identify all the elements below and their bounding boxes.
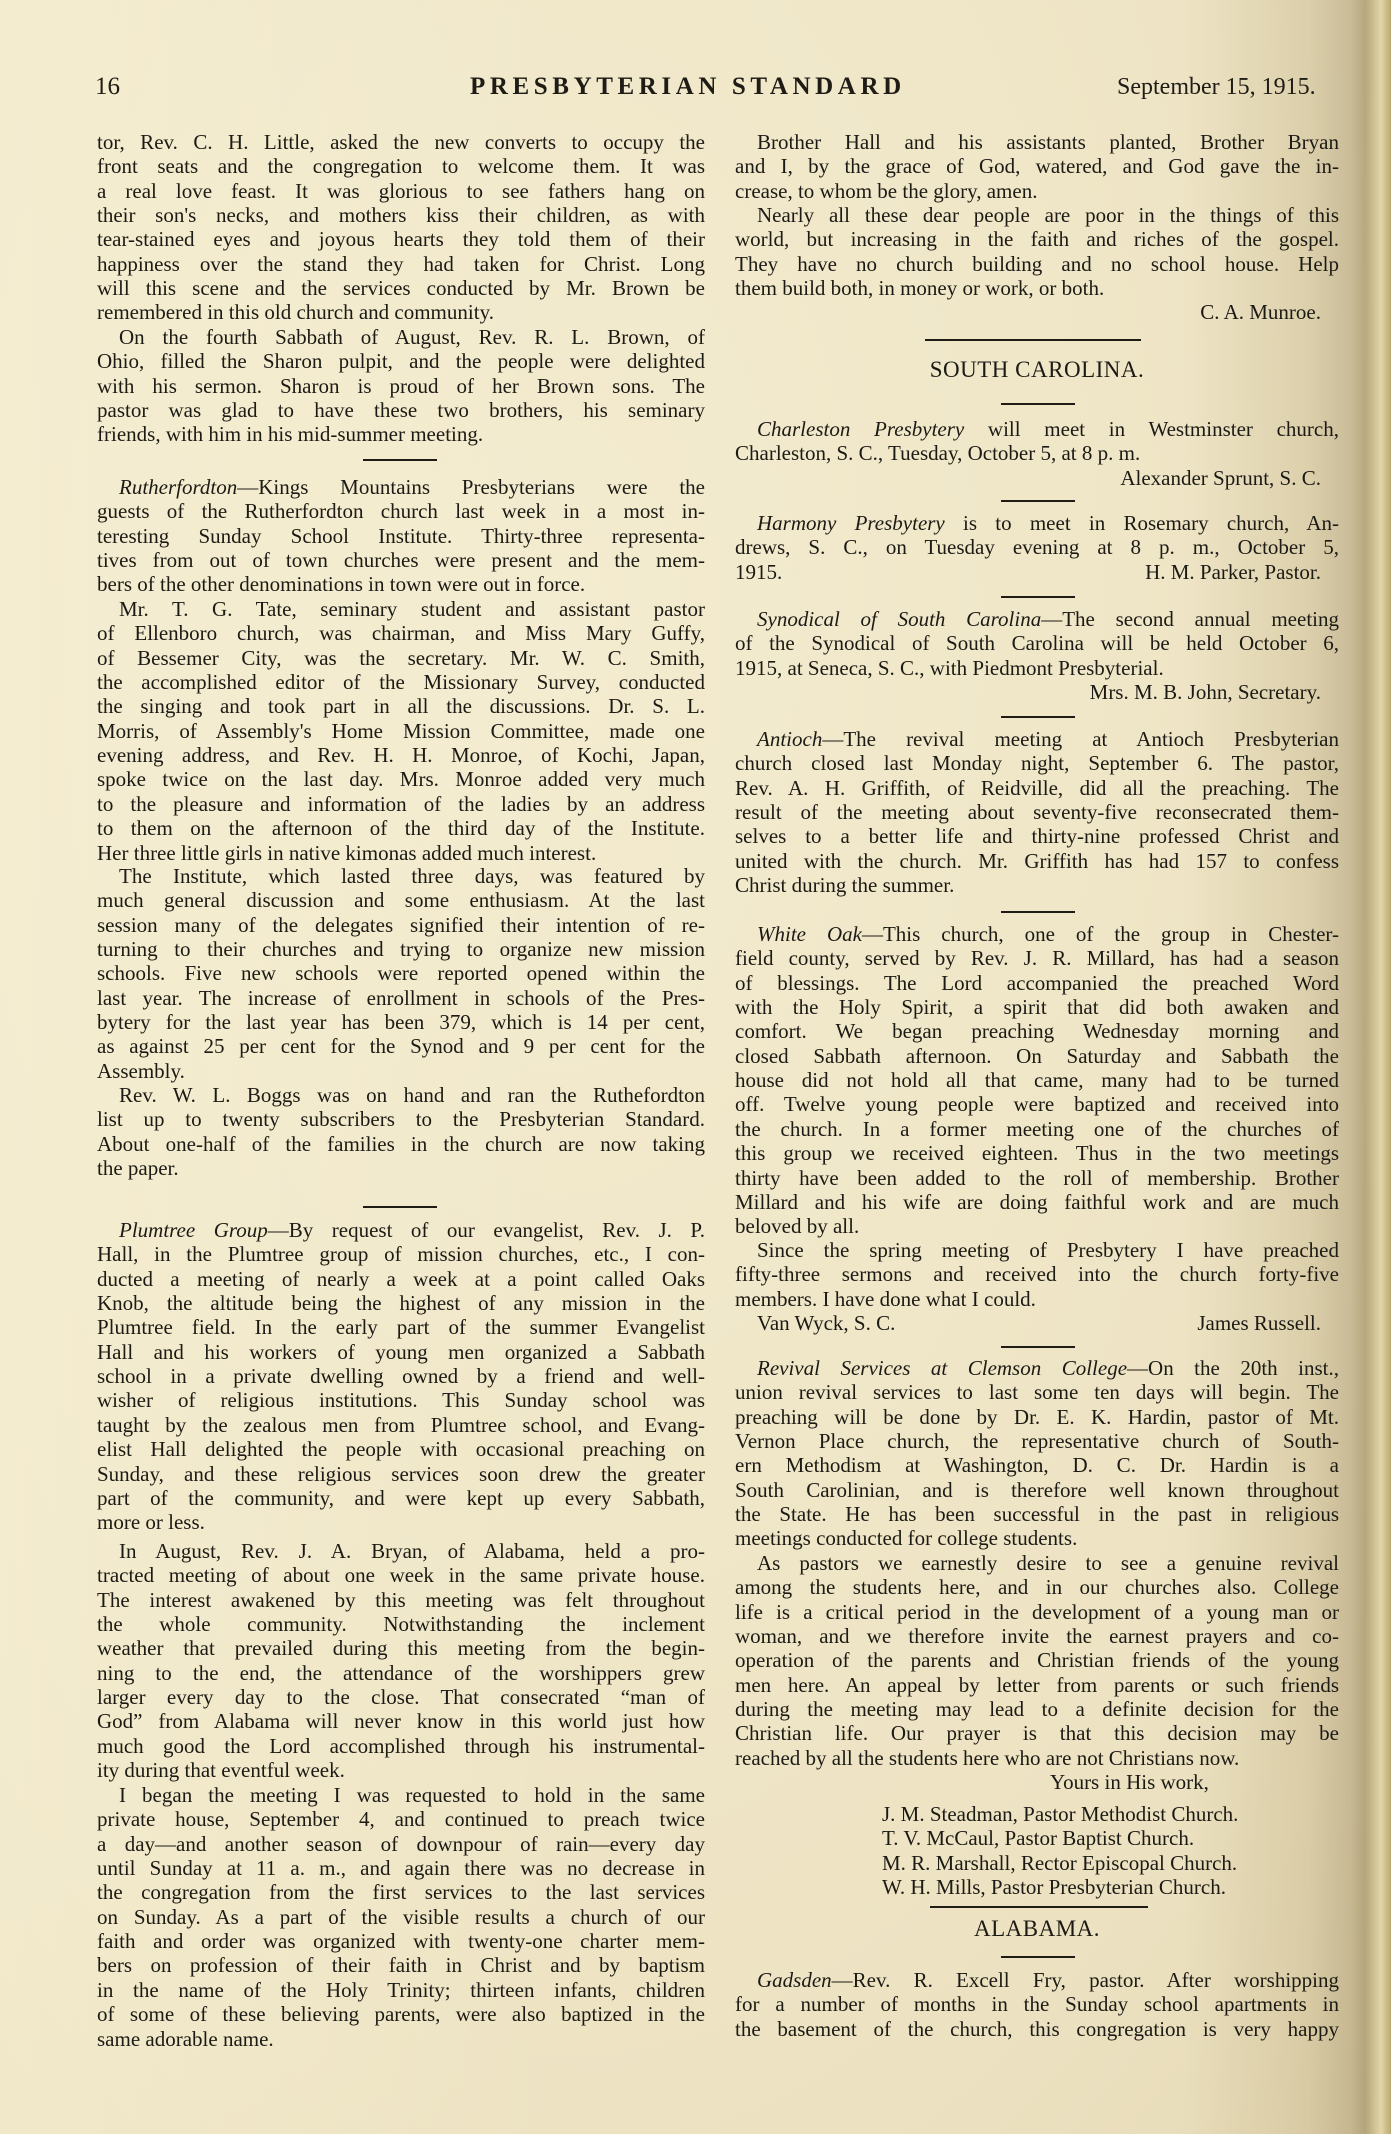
article-lead: Antioch [757,727,822,751]
text-line: God” from Alabama will never know in thi… [97,1709,705,1733]
text-line: Plumtree Group—By request of our evangel… [97,1218,705,1242]
text-line: their son's necks, and mothers kiss thei… [97,203,705,227]
line-text: the church. In a former meeting one of t… [735,1117,1339,1141]
text-line: happiness over the stand they had taken … [97,252,705,276]
line-text: —The second annual meeting [1041,607,1339,631]
text-line: church closed last Monday night, Septemb… [735,751,1339,775]
text-line: On the fourth Sabbath of August, Rev. R.… [97,325,705,349]
text-line: Knob, the altitude being the highest of … [97,1291,705,1315]
text-line: closed Sabbath afternoon. On Saturday an… [735,1044,1339,1068]
text-line: taught by the zealous men from Plumtree … [97,1413,705,1437]
line-text: teresting Sunday School Institute. Thirt… [97,524,705,548]
line-text: —By request of our evangelist, Rev. J. P… [268,1218,705,1242]
line-text: with the Holy Spirit, a spirit that did … [735,995,1339,1019]
line-text: with his sermon. Sharon is proud of her … [97,374,705,398]
text-line: with his sermon. Sharon is proud of her … [97,374,705,398]
line-text: The interest awakened by this meeting wa… [97,1588,705,1612]
line-text: front seats and the congregation to welc… [97,154,705,178]
line-text: pastor was glad to have these two brothe… [97,398,705,422]
text-line: of Ellenboro church, was chairman, and M… [97,621,705,645]
text-line: larger every day to the close. That cons… [97,1685,705,1709]
line-text: united with the church. Mr. Griffith has… [735,849,1339,873]
text-line: Plumtree field. In the early part of the… [97,1315,705,1339]
line-text: same adorable name. [97,2027,274,2051]
line-text: the congregation from the first services… [97,1880,705,1904]
line-text: ning to the end, the attendance of the w… [97,1661,705,1685]
line-text: Brother Hall and his assistants planted,… [757,130,1339,154]
line-text: In August, Rev. J. A. Bryan, of Alabama,… [119,1539,705,1563]
line-text: more or less. [97,1510,205,1534]
line-text: ity during that eventful week. [97,1758,345,1782]
text-line: will this scene and the services conduct… [97,276,705,300]
text-line: Ohio, filled the Sharon pulpit, and the … [97,349,705,373]
text-line: to them on the afternoon of the third da… [97,816,705,840]
text-line: Van Wyck, S. C.James Russell. [735,1311,1339,1335]
text-line: men here. An appeal by letter from paren… [735,1673,1339,1697]
line-text: Christian life. Our prayer is that this … [735,1721,1339,1745]
section-heading: ALABAMA. [735,1917,1339,1941]
line-text: selves to a better life and thirty-nine … [735,824,1339,848]
text-line: the church. In a former meeting one of t… [735,1117,1339,1141]
line-text: tor, Rev. C. H. Little, asked the new co… [97,130,705,154]
text-line: tives from out of town churches were pre… [97,548,705,572]
line-text: the whole community. Notwithstanding the… [97,1612,705,1636]
text-line: off. Twelve young people were baptized a… [735,1092,1339,1116]
signature-line: Yours in His work, [735,1770,1339,1794]
line-text: Hall, in the Plumtree group of mission c… [97,1242,705,1266]
line-text: is to meet in Rosemary church, An- [945,511,1339,535]
article-lead: Gadsden [757,1968,832,1992]
line-text: house did not hold all that came, many h… [735,1068,1339,1092]
signature-line: Alexander Sprunt, S. C. [735,466,1339,490]
line-text: comfort. We began preaching Wednesday mo… [735,1019,1339,1043]
text-line: Hall, in the Plumtree group of mission c… [97,1242,705,1266]
text-line: As pastors we earnestly desire to see a … [735,1551,1339,1575]
text-line: meetings conducted for college students. [735,1526,1339,1550]
line-text: Rev. A. H. Griffith, of Reidville, did a… [735,776,1339,800]
line-text: turning to their churches and trying to … [97,937,705,961]
text-line: Sunday, and these religious services soo… [97,1462,705,1486]
text-line: 1915, at Seneca, S. C., with Piedmont Pr… [735,656,1339,680]
text-line: wisher of religious institutions. This S… [97,1388,705,1412]
separator-rule [1001,403,1075,405]
text-line: as against 25 per cent for the Synod and… [97,1034,705,1058]
line-text: meetings conducted for college students. [735,1526,1077,1550]
line-text: will this scene and the services conduct… [97,276,705,300]
separator-rule [1001,1346,1075,1348]
line-text: men here. An appeal by letter from paren… [735,1673,1339,1697]
text-line: members. I have done what I could. [735,1287,1339,1311]
text-line: preaching will be done by Dr. E. K. Hard… [735,1405,1339,1429]
text-line: thirty have been added to the roll of me… [735,1166,1339,1190]
text-line: same adorable name. [97,2027,705,2051]
text-line: evening address, and Rev. H. H. Monroe, … [97,743,705,767]
line-text: ern Methodism at Washington, D. C. Dr. H… [735,1453,1339,1477]
line-text: —Rev. R. Excell Fry, pastor. After worsh… [832,1968,1339,1992]
line-text: Ohio, filled the Sharon pulpit, and the … [97,349,705,373]
text-line: a real love feast. It was glorious to se… [97,179,705,203]
signature: James Russell. [1197,1311,1321,1335]
separator-rule [1001,596,1075,598]
line-text: session many of the delegates signified … [97,913,705,937]
text-line: Vernon Place church, the representative … [735,1429,1339,1453]
text-line: Her three little girls in native kimonas… [97,841,705,865]
line-text: weather that prevailed during this meeti… [97,1636,705,1660]
line-text: elist Hall delighted the people with occ… [97,1437,705,1461]
line-text: friends, with him in his mid-summer meet… [97,422,483,446]
text-line: much general discussion and some enthusi… [97,888,705,912]
line-text: this group we received eighteen. Thus in… [735,1141,1339,1165]
line-text: faith and order was organized with twent… [97,1929,705,1953]
line-text: Her three little girls in native kimonas… [97,841,596,865]
line-text: 1915, at Seneca, S. C., with Piedmont Pr… [735,656,1164,680]
text-line: the paper. [97,1156,705,1180]
text-line: part of the community, and were kept up … [97,1486,705,1510]
text-line: and I, by the grace of God, watered, and… [735,154,1339,178]
text-line: Rev. A. H. Griffith, of Reidville, did a… [735,776,1339,800]
line-text: Assembly. [97,1059,185,1083]
text-line: Millard and his wife are doing faithful … [735,1190,1339,1214]
text-line: united with the church. Mr. Griffith has… [735,849,1339,873]
line-text: —This church, one of the group in Cheste… [862,922,1339,946]
line-text: drews, S. C., on Tuesday evening at 8 p.… [735,535,1339,559]
line-text: school in a private dwelling owned by a … [97,1364,705,1388]
text-line: weather that prevailed during this meeti… [97,1636,705,1660]
line-text: happiness over the stand they had taken … [97,252,705,276]
line-text: during the meeting may lead to a definit… [735,1697,1339,1721]
text-line: the singing and took part in all the dis… [97,694,705,718]
line-text: result of the meeting about seventy-five… [735,800,1339,824]
line-text: them build both, in money or work, or bo… [735,276,1104,300]
line-text: off. Twelve young people were baptized a… [735,1092,1339,1116]
text-line: The Institute, which lasted three days, … [97,864,705,888]
article-lead: White Oak [757,922,862,946]
text-line: among the students here, and in our chur… [735,1575,1339,1599]
line-text: —The revival meeting at Antioch Presbyte… [822,727,1339,751]
text-line: ning to the end, the attendance of the w… [97,1661,705,1685]
line-text: Mr. T. G. Tate, seminary student and ass… [119,597,705,621]
book-binding-shadow [1351,0,1391,2134]
text-line: White Oak—This church, one of the group … [735,922,1339,946]
line-text: I began the meeting I was requested to h… [119,1783,705,1807]
line-text: will meet in Westminster church, [964,417,1339,441]
line-text: church closed last Monday night, Septemb… [735,751,1339,775]
line-text: as against 25 per cent for the Synod and… [97,1034,705,1058]
text-line: schools. Five new schools were reported … [97,961,705,985]
signature: H. M. Parker, Pastor. [1145,560,1321,584]
text-line: Nearly all these dear people are poor in… [735,203,1339,227]
text-line: Synodical of South Carolina—The second a… [735,607,1339,631]
line-text: operation of the parents and Christian f… [735,1648,1339,1672]
line-text: As pastors we earnestly desire to see a … [757,1551,1339,1575]
line-text: closed Sabbath afternoon. On Saturday an… [735,1044,1339,1068]
text-line: much good the Lord accomplished through … [97,1734,705,1758]
text-line: of blessings. The Lord accompanied the p… [735,971,1339,995]
article-lead: Rutherfordton [119,475,237,499]
text-line: Charleston, S. C., Tuesday, October 5, a… [735,441,1339,465]
text-line: tracted meeting of about one week in the… [97,1563,705,1587]
line-text: 1915. [735,560,782,584]
separator-rule [930,1906,1148,1908]
line-text: Morris, of Assembly's Home Mission Commi… [97,719,705,743]
text-line: Mr. T. G. Tate, seminary student and ass… [97,597,705,621]
text-line: fifty-three sermons and received into th… [735,1262,1339,1286]
line-text: among the students here, and in our chur… [735,1575,1339,1599]
separator-rule [1001,716,1075,718]
line-text: God” from Alabama will never know in thi… [97,1709,705,1733]
separator-rule [363,459,437,461]
line-text: of blessings. The Lord accompanied the p… [735,971,1339,995]
article-lead: Synodical of South Carolina [757,607,1041,631]
line-text: Charleston, S. C., Tuesday, October 5, a… [735,441,1140,465]
text-line: pastor was glad to have these two brothe… [97,398,705,422]
text-line: Hall and his workers of young men organi… [97,1340,705,1364]
text-line: Christ during the summer. [735,873,1339,897]
text-line: Christian life. Our prayer is that this … [735,1721,1339,1745]
line-text: Sunday, and these religious services soo… [97,1462,705,1486]
line-text: part of the community, and were kept up … [97,1486,705,1510]
line-text: the basement of the church, this congreg… [735,2017,1339,2041]
line-text: bytery for the last year has been 379, w… [97,1010,705,1034]
text-line: of the Synodical of South Carolina will … [735,631,1339,655]
article-lead: Plumtree Group [119,1218,268,1242]
line-text: larger every day to the close. That cons… [97,1685,705,1709]
line-text: Millard and his wife are doing faithful … [735,1190,1339,1214]
text-line: world, but increasing in the faith and r… [735,227,1339,251]
text-line: them build both, in money or work, or bo… [735,276,1339,300]
line-text: About one-half of the families in the ch… [97,1132,705,1156]
text-line: Rev. W. L. Boggs was on hand and ran the… [97,1083,705,1107]
line-text: list up to twenty subscribers to the Pre… [97,1107,705,1131]
text-line: a day—and another season of downpour of … [97,1832,705,1856]
line-text: last year. The increase of enrollment in… [97,986,705,1010]
text-line: school in a private dwelling owned by a … [97,1364,705,1388]
line-text: —On the 20th inst., [1127,1356,1339,1380]
line-text: reached by all the students here who are… [735,1746,1239,1770]
line-text: Alexander Sprunt, S. C. [1120,466,1321,490]
issue-date: September 15, 1915. [1117,72,1316,102]
line-text: ducted a meeting of nearly a week at a p… [97,1267,705,1291]
text-line: the basement of the church, this congreg… [735,2017,1339,2041]
text-line: private house, September 4, and continue… [97,1807,705,1831]
text-line: selves to a better life and thirty-nine … [735,824,1339,848]
article-lead: Charleston Presbytery [757,417,964,441]
line-text: Nearly all these dear people are poor in… [757,203,1339,227]
line-text: union revival services to last some ten … [735,1380,1339,1404]
text-line: teresting Sunday School Institute. Thirt… [97,524,705,548]
line-text: a real love feast. It was glorious to se… [97,179,705,203]
line-text: of Bessemer City, was the secretary. Mr.… [97,646,705,670]
line-text: Vernon Place church, the representative … [735,1429,1339,1453]
text-line: About one-half of the families in the ch… [97,1132,705,1156]
separator-rule [1001,500,1075,502]
text-line: bers of the other denominations in town … [97,572,705,596]
text-line: during the meeting may lead to a definit… [735,1697,1339,1721]
text-line: drews, S. C., on Tuesday evening at 8 p.… [735,535,1339,559]
line-text: On the fourth Sabbath of August, Rev. R.… [119,325,705,349]
line-text: thirty have been added to the roll of me… [735,1166,1339,1190]
signature-line: Mrs. M. B. John, Secretary. [735,680,1339,704]
line-text: Hall and his workers of young men organi… [97,1340,705,1364]
text-line: life is a critical period in the develop… [735,1600,1339,1624]
text-line: Gadsden—Rev. R. Excell Fry, pastor. Afte… [735,1968,1339,1992]
text-line: session many of the delegates signified … [97,913,705,937]
text-line: the whole community. Notwithstanding the… [97,1612,705,1636]
line-text: woman, and we therefore invite the earne… [735,1624,1339,1648]
text-line: Morris, of Assembly's Home Mission Commi… [97,719,705,743]
line-text: the State. He has been successful in the… [735,1502,1339,1526]
signature-line: C. A. Munroe. [735,300,1339,324]
line-text: members. I have done what I could. [735,1287,1036,1311]
text-line: bers on profession of their faith in Chr… [97,1953,705,1977]
text-line: Antioch—The revival meeting at Antioch P… [735,727,1339,751]
line-text: the accomplished editor of the Missionar… [97,670,705,694]
text-line: bytery for the last year has been 379, w… [97,1010,705,1034]
text-line: last year. The increase of enrollment in… [97,986,705,1010]
line-text: taught by the zealous men from Plumtree … [97,1413,705,1437]
text-line: more or less. [97,1510,705,1534]
line-text: Plumtree field. In the early part of the… [97,1315,705,1339]
text-line: of Bessemer City, was the secretary. Mr.… [97,646,705,670]
text-line: woman, and we therefore invite the earne… [735,1624,1339,1648]
line-text: fifty-three sermons and received into th… [735,1262,1339,1286]
line-text: Knob, the altitude being the highest of … [97,1291,705,1315]
text-line: spoke twice on the last day. Mrs. Monroe… [97,767,705,791]
line-text: of Ellenboro church, was chairman, and M… [97,621,705,645]
line-text: field county, served by Rev. J. R. Milla… [735,946,1339,970]
line-text: crease, to whom be the glory, amen. [735,179,1037,203]
text-line: result of the meeting about seventy-five… [735,800,1339,824]
line-text: the singing and took part in all the dis… [97,694,705,718]
text-line: crease, to whom be the glory, amen. [735,179,1339,203]
article-lead: Harmony Presbytery [757,511,945,535]
line-text: until Sunday at 11 a. m., and again ther… [97,1856,705,1880]
line-text: Mrs. M. B. John, Secretary. [1090,680,1321,704]
text-line: in the name of the Holy Trinity; thirtee… [97,1978,705,2002]
separator-rule [1001,1956,1075,1958]
text-line: They have no church building and no scho… [735,252,1339,276]
text-line: Since the spring meeting of Presbytery I… [735,1238,1339,1262]
line-text: world, but increasing in the faith and r… [735,227,1339,251]
text-line: 1915.H. M. Parker, Pastor. [735,560,1339,584]
line-text: C. A. Munroe. [1200,300,1321,324]
text-line: to the pleasure and information of the l… [97,792,705,816]
line-text: much general discussion and some enthusi… [97,888,705,912]
line-text: on Sunday. As a part of the visible resu… [97,1905,705,1929]
text-line: of some of these believing parents, were… [97,2002,705,2026]
line-text: The Institute, which lasted three days, … [119,864,705,888]
signature-line: J. M. Steadman, Pastor Methodist Church. [735,1802,1339,1826]
text-line: faith and order was organized with twent… [97,1929,705,1953]
line-text: schools. Five new schools were reported … [97,961,705,985]
text-line: reached by all the students here who are… [735,1746,1339,1770]
text-line: elist Hall delighted the people with occ… [97,1437,705,1461]
text-line: the State. He has been successful in the… [735,1502,1339,1526]
line-text: Since the spring meeting of Presbytery I… [757,1238,1339,1262]
line-text: spoke twice on the last day. Mrs. Monroe… [97,767,705,791]
separator-rule [925,339,1141,341]
text-line: friends, with him in his mid-summer meet… [97,422,705,446]
line-text: Christ during the summer. [735,873,954,897]
text-line: guests of the Rutherfordton church last … [97,499,705,523]
text-line: The interest awakened by this meeting wa… [97,1588,705,1612]
line-text: their son's necks, and mothers kiss thei… [97,203,705,227]
text-line: front seats and the congregation to welc… [97,154,705,178]
signature-line: M. R. Marshall, Rector Episcopal Church. [735,1851,1339,1875]
text-line: list up to twenty subscribers to the Pre… [97,1107,705,1131]
text-line: South Carolinian, and is therefore well … [735,1478,1339,1502]
text-line: this group we received eighteen. Thus in… [735,1141,1339,1165]
text-line: field county, served by Rev. J. R. Milla… [735,946,1339,970]
line-text: much good the Lord accomplished through … [97,1734,705,1758]
line-text: Van Wyck, S. C. [757,1311,895,1335]
text-line: for a number of months in the Sunday sch… [735,1992,1339,2016]
line-text: of some of these believing parents, were… [97,2002,705,2026]
article-lead: Revival Services at Clemson College [757,1356,1127,1380]
text-line: operation of the parents and Christian f… [735,1648,1339,1672]
signature-line: W. H. Mills, Pastor Presbyterian Church. [735,1875,1339,1899]
line-text: preaching will be done by Dr. E. K. Hard… [735,1405,1339,1429]
separator-rule [363,1206,437,1208]
line-text: life is a critical period in the develop… [735,1600,1339,1624]
publication-title: PRESBYTERIAN STANDARD [470,72,906,102]
text-line: ern Methodism at Washington, D. C. Dr. H… [735,1453,1339,1477]
text-line: on Sunday. As a part of the visible resu… [97,1905,705,1929]
line-text: of the Synodical of South Carolina will … [735,631,1339,655]
text-line: tor, Rev. C. H. Little, asked the new co… [97,130,705,154]
text-line: I began the meeting I was requested to h… [97,1783,705,1807]
line-text: —Kings Mountains Presbyterians were the [237,475,705,499]
line-text: beloved by all. [735,1214,859,1238]
line-text: guests of the Rutherfordton church last … [97,499,705,523]
line-text: a day—and another season of downpour of … [97,1832,705,1856]
line-text: evening address, and Rev. H. H. Monroe, … [97,743,705,767]
text-line: union revival services to last some ten … [735,1380,1339,1404]
line-text: private house, September 4, and continue… [97,1807,705,1831]
section-heading: SOUTH CAROLINA. [735,358,1339,382]
text-line: comfort. We began preaching Wednesday mo… [735,1019,1339,1043]
text-line: ity during that eventful week. [97,1758,705,1782]
line-text: They have no church building and no scho… [735,252,1339,276]
text-line: beloved by all. [735,1214,1339,1238]
text-line: the congregation from the first services… [97,1880,705,1904]
page-number: 16 [95,72,120,102]
text-line: Brother Hall and his assistants planted,… [735,130,1339,154]
text-line: remembered in this old church and commun… [97,300,705,324]
line-text: South Carolinian, and is therefore well … [735,1478,1339,1502]
text-line: ducted a meeting of nearly a week at a p… [97,1267,705,1291]
line-text: for a number of months in the Sunday sch… [735,1992,1339,2016]
text-line: Charleston Presbytery will meet in Westm… [735,417,1339,441]
text-line: Revival Services at Clemson College—On t… [735,1356,1339,1380]
text-line: In August, Rev. J. A. Bryan, of Alabama,… [97,1539,705,1563]
line-text: to the pleasure and information of the l… [97,792,705,816]
line-text: to them on the afternoon of the third da… [97,816,705,840]
line-text: Rev. W. L. Boggs was on hand and ran the… [119,1083,705,1107]
text-line: the accomplished editor of the Missionar… [97,670,705,694]
text-line: Harmony Presbytery is to meet in Rosemar… [735,511,1339,535]
text-line: Rutherfordton—Kings Mountains Presbyteri… [97,475,705,499]
text-line: Assembly. [97,1059,705,1083]
text-line: until Sunday at 11 a. m., and again ther… [97,1856,705,1880]
line-text: wisher of religious institutions. This S… [97,1388,705,1412]
text-line: turning to their churches and trying to … [97,937,705,961]
line-text: tear-stained eyes and joyous hearts they… [97,227,705,251]
signature-line: T. V. McCaul, Pastor Baptist Church. [735,1826,1339,1850]
line-text: the paper. [97,1156,179,1180]
text-line: house did not hold all that came, many h… [735,1068,1339,1092]
line-text: remembered in this old church and commun… [97,300,494,324]
